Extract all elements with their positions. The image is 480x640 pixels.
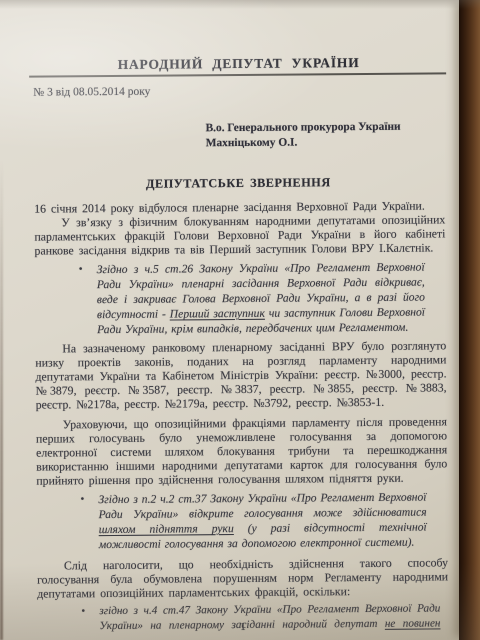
letterhead-rule: [29, 72, 446, 77]
table-surface: [459, 0, 480, 640]
document-page: НАРОДНИЙ ДЕПУТАТ УКРАЇНИ № 3 від 08.05.2…: [33, 54, 449, 640]
bullet-quote-2: •Згідно з п.2 ч.2 ст.37 Закону України «…: [98, 490, 426, 553]
bullet-1-underlined: Перший заступник: [170, 307, 265, 321]
page-number: 1: [37, 618, 448, 635]
addressee-block: В.о. Генерального прокурора України Махн…: [206, 119, 445, 151]
reference-number: № 3 від 08.05.2014 року: [33, 82, 444, 99]
paragraph-5: Слід наголосити, що необхідність здійсне…: [37, 555, 448, 600]
paragraph-4: Ураховуючи, що опозиційними фракціями па…: [36, 414, 448, 487]
bullet-icon: •: [81, 604, 85, 619]
photo-edge-shadow: [0, 160, 3, 640]
document-photo: НАРОДНИЙ ДЕПУТАТ УКРАЇНИ № 3 від 08.05.2…: [0, 0, 480, 640]
paragraph-2: У зв’язку з фізичним блокуванням народни…: [34, 212, 445, 257]
bullet-icon: •: [80, 492, 84, 507]
bullet-2-text: Згідно з п.2 ч.2 ст.37 Закону України «П…: [98, 491, 426, 522]
letterhead-title: НАРОДНИЙ ДЕПУТАТ УКРАЇНИ: [33, 54, 444, 72]
bullet-icon: •: [79, 262, 83, 277]
paragraph-3: На зазначеному ранковому пленарному засі…: [35, 338, 447, 411]
addressee-line-2: Махніцькому О.І.: [206, 134, 445, 151]
bullet-quote-1: •Згідно з ч.5 ст.26 Закону України «Про …: [97, 260, 426, 338]
document-heading: ДЕПУТАТСЬКЕ ЗВЕРНЕННЯ: [146, 174, 445, 191]
bullet-2-underlined: шляхом підняття руки: [99, 522, 234, 536]
